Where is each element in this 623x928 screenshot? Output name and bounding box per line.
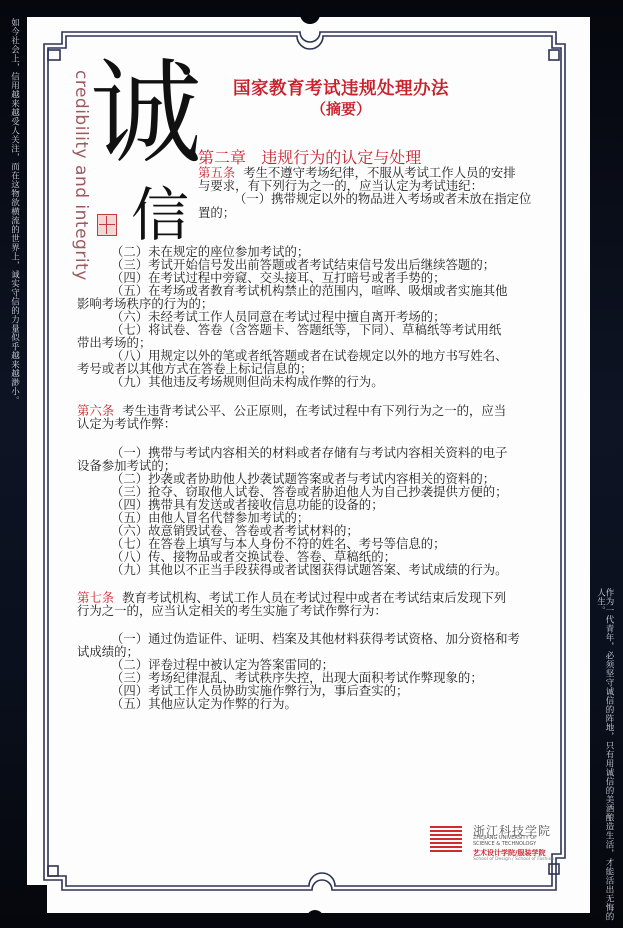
department-name-en: School of Design / School of Fashion [473, 857, 554, 862]
university-logo-icon [430, 826, 462, 856]
calligraphy-cheng: 诚 [90, 58, 202, 170]
article-5-item-9: （九）其他违反考场规则但尚未构成作弊的行为。 [111, 375, 384, 388]
article-5-item-7: （七）将试卷、答卷（含答题卡、答题纸等，下同）、草稿纸等考试用纸 [111, 323, 501, 336]
article-5-item-1-cont: 置的； [198, 206, 235, 219]
article-6-line-2: 认定为考试作弊： [77, 417, 176, 430]
article-6-item-9: （九）其他以不正当手段获得或者试图获得试题答案、考试成绩的行为。 [111, 563, 508, 576]
article-7-line-2: 行为之一的，应当认定相关的考生实施了考试作弊行为： [77, 604, 387, 617]
red-seal-icon [97, 214, 117, 236]
university-name-en: ZHEJIANG UNIVERSITY OFSCIENCE & TECHNOLO… [473, 836, 537, 847]
article-7-item-5: （五）其他应认定为作弊的行为。 [111, 697, 297, 710]
english-vertical-caption: credibility and integrity [71, 70, 91, 281]
article-7-item-1: （一）通过伪造证件、证明、档案及其他材料获得考试资格、加分资格和考 [111, 632, 520, 645]
article-5-item-1: （一）携带规定以外的物品进入考场或者未放在指定位 [234, 192, 531, 205]
document-subtitle: （摘要） [196, 98, 486, 119]
document-title: 国家教育考试违规处理办法 [196, 75, 486, 100]
calligraphy-xin: 信 [131, 186, 189, 244]
